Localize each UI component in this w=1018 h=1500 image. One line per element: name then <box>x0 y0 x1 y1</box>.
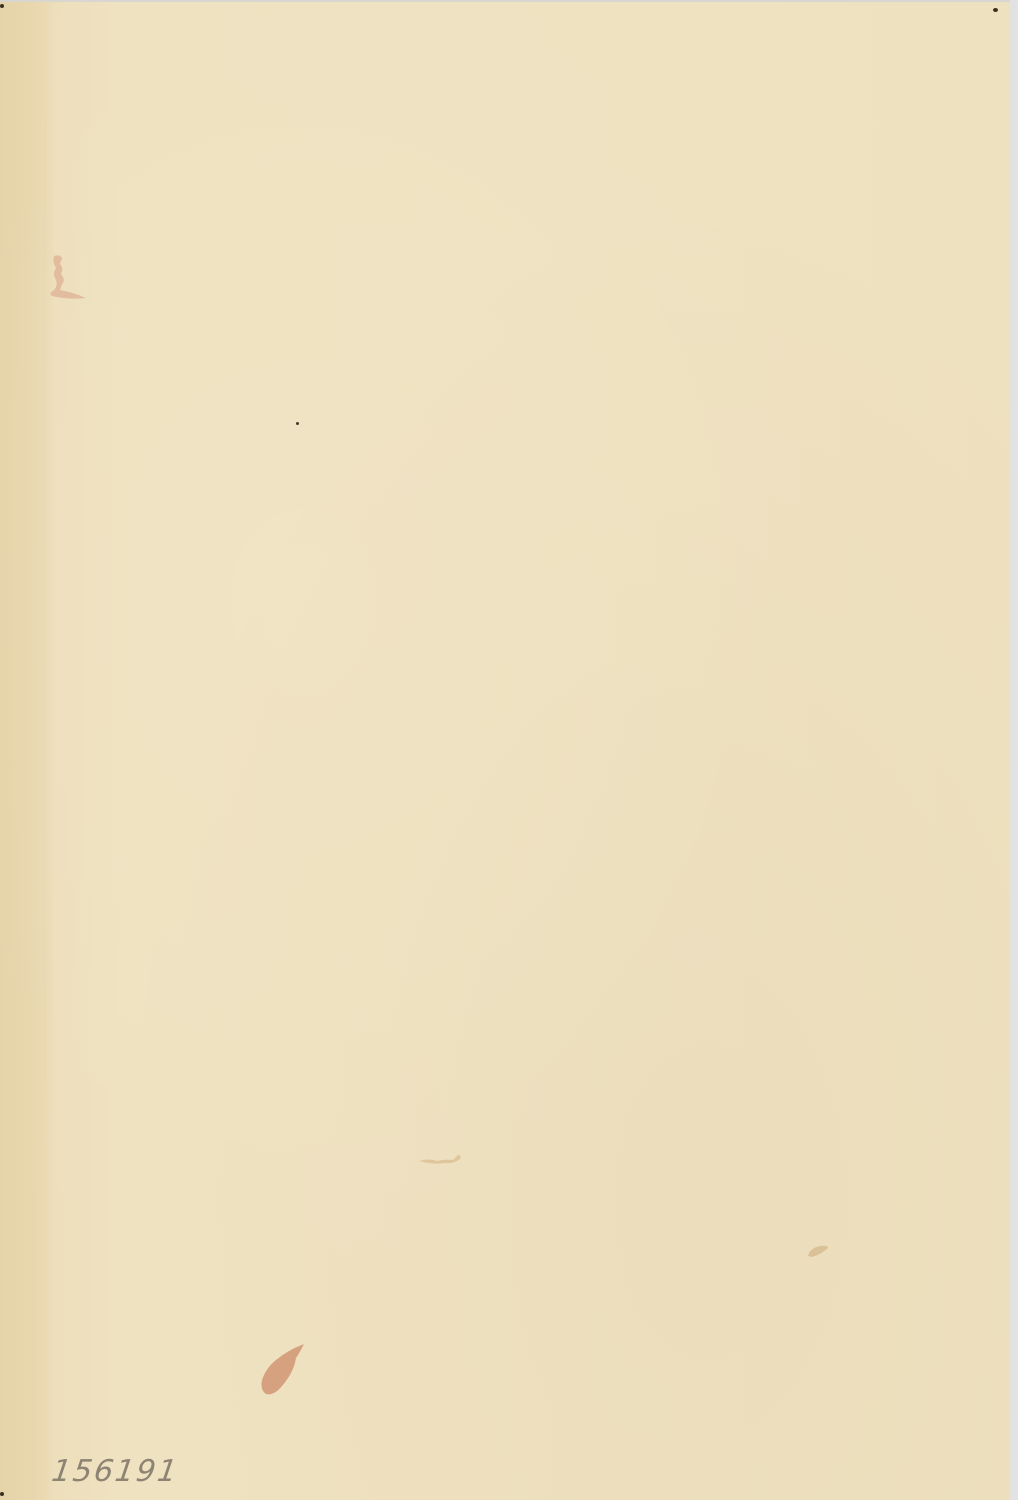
faint-mark-middle <box>415 1152 465 1166</box>
foxing-stain-top-left <box>48 254 88 300</box>
speck <box>296 422 299 425</box>
speck <box>993 8 998 12</box>
foxing-stain-right <box>806 1244 830 1258</box>
speck <box>0 4 4 8</box>
speck <box>0 1492 4 1496</box>
paper-sheet: 156191 <box>0 2 1010 1500</box>
foxing-stain-bottom <box>260 1342 308 1398</box>
inventory-number: 156191 <box>50 1454 181 1489</box>
scan-background-edge <box>1010 0 1018 1500</box>
